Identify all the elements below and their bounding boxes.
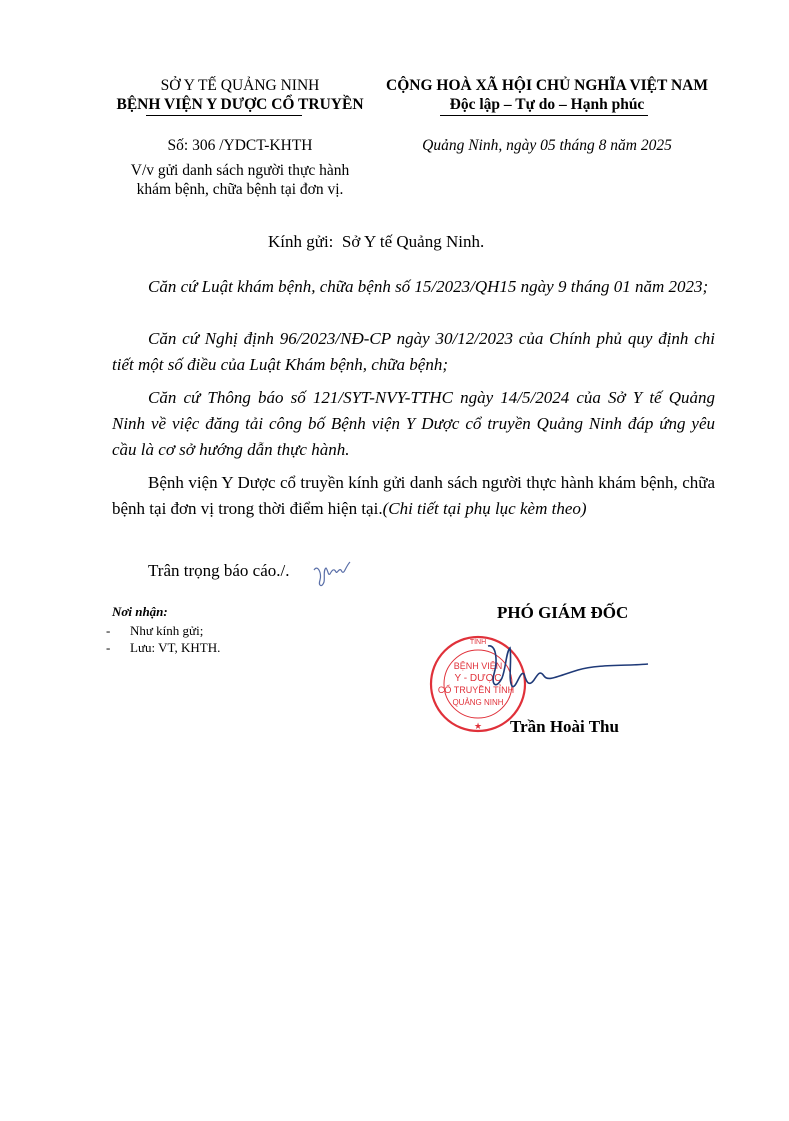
nation-name: CỘNG HOÀ XÃ HỘI CHỦ NGHĨA VIỆT NAM — [372, 76, 722, 95]
motto-underline — [440, 115, 648, 116]
basis-paragraph-3: Căn cứ Thông báo số 121/SYT-NVY-TTHC ngà… — [112, 385, 715, 463]
svg-text:★: ★ — [474, 721, 482, 731]
subject-line-2: khám bệnh, chữa bệnh tại đơn vị. — [100, 180, 380, 199]
main-note: (Chi tiết tại phụ lục kèm theo) — [383, 499, 587, 518]
recipient-item: Lưu: VT, KHTH. — [130, 639, 220, 656]
basis-paragraph-2: Căn cứ Nghị định 96/2023/NĐ-CP ngày 30/1… — [112, 326, 715, 378]
signer-title: PHÓ GIÁM ĐỐC — [497, 603, 628, 623]
agency-name: SỞ Y TẾ QUẢNG NINH — [100, 76, 380, 95]
place-date: Quảng Ninh, ngày 05 tháng 8 năm 2025 — [372, 136, 722, 155]
unit-name: BỆNH VIỆN Y DƯỢC CỔ TRUYỀN — [100, 95, 380, 114]
national-motto: Độc lập – Tự do – Hạnh phúc — [372, 95, 722, 114]
recipient-name: Sở Y tế Quảng Ninh. — [342, 232, 484, 251]
closing-text: Trân trọng báo cáo./. — [148, 558, 290, 584]
basis-paragraph-1: Căn cứ Luật khám bệnh, chữa bệnh số 15/2… — [112, 274, 715, 300]
subject-line-1: V/v gửi danh sách người thực hành — [100, 161, 380, 180]
signature-icon — [478, 640, 650, 700]
recipient-item-bullet: - — [106, 639, 110, 656]
recipient-line: Kính gửi: Sở Y tế Quảng Ninh. — [268, 229, 484, 255]
recipient-label: Kính gửi: — [268, 232, 333, 251]
main-paragraph: Bệnh viện Y Dược cổ truyền kính gửi danh… — [112, 470, 715, 522]
document-number: Số: 306 /YDCT-KHTH — [100, 136, 380, 155]
signer-name: Trần Hoài Thu — [510, 717, 619, 737]
initial-signature-icon — [312, 560, 358, 590]
recipient-item: Như kính gửi; — [130, 622, 203, 639]
recipients-title: Nơi nhận: — [112, 603, 168, 620]
recipient-item-bullet: - — [106, 622, 110, 639]
unit-underline — [146, 115, 302, 116]
